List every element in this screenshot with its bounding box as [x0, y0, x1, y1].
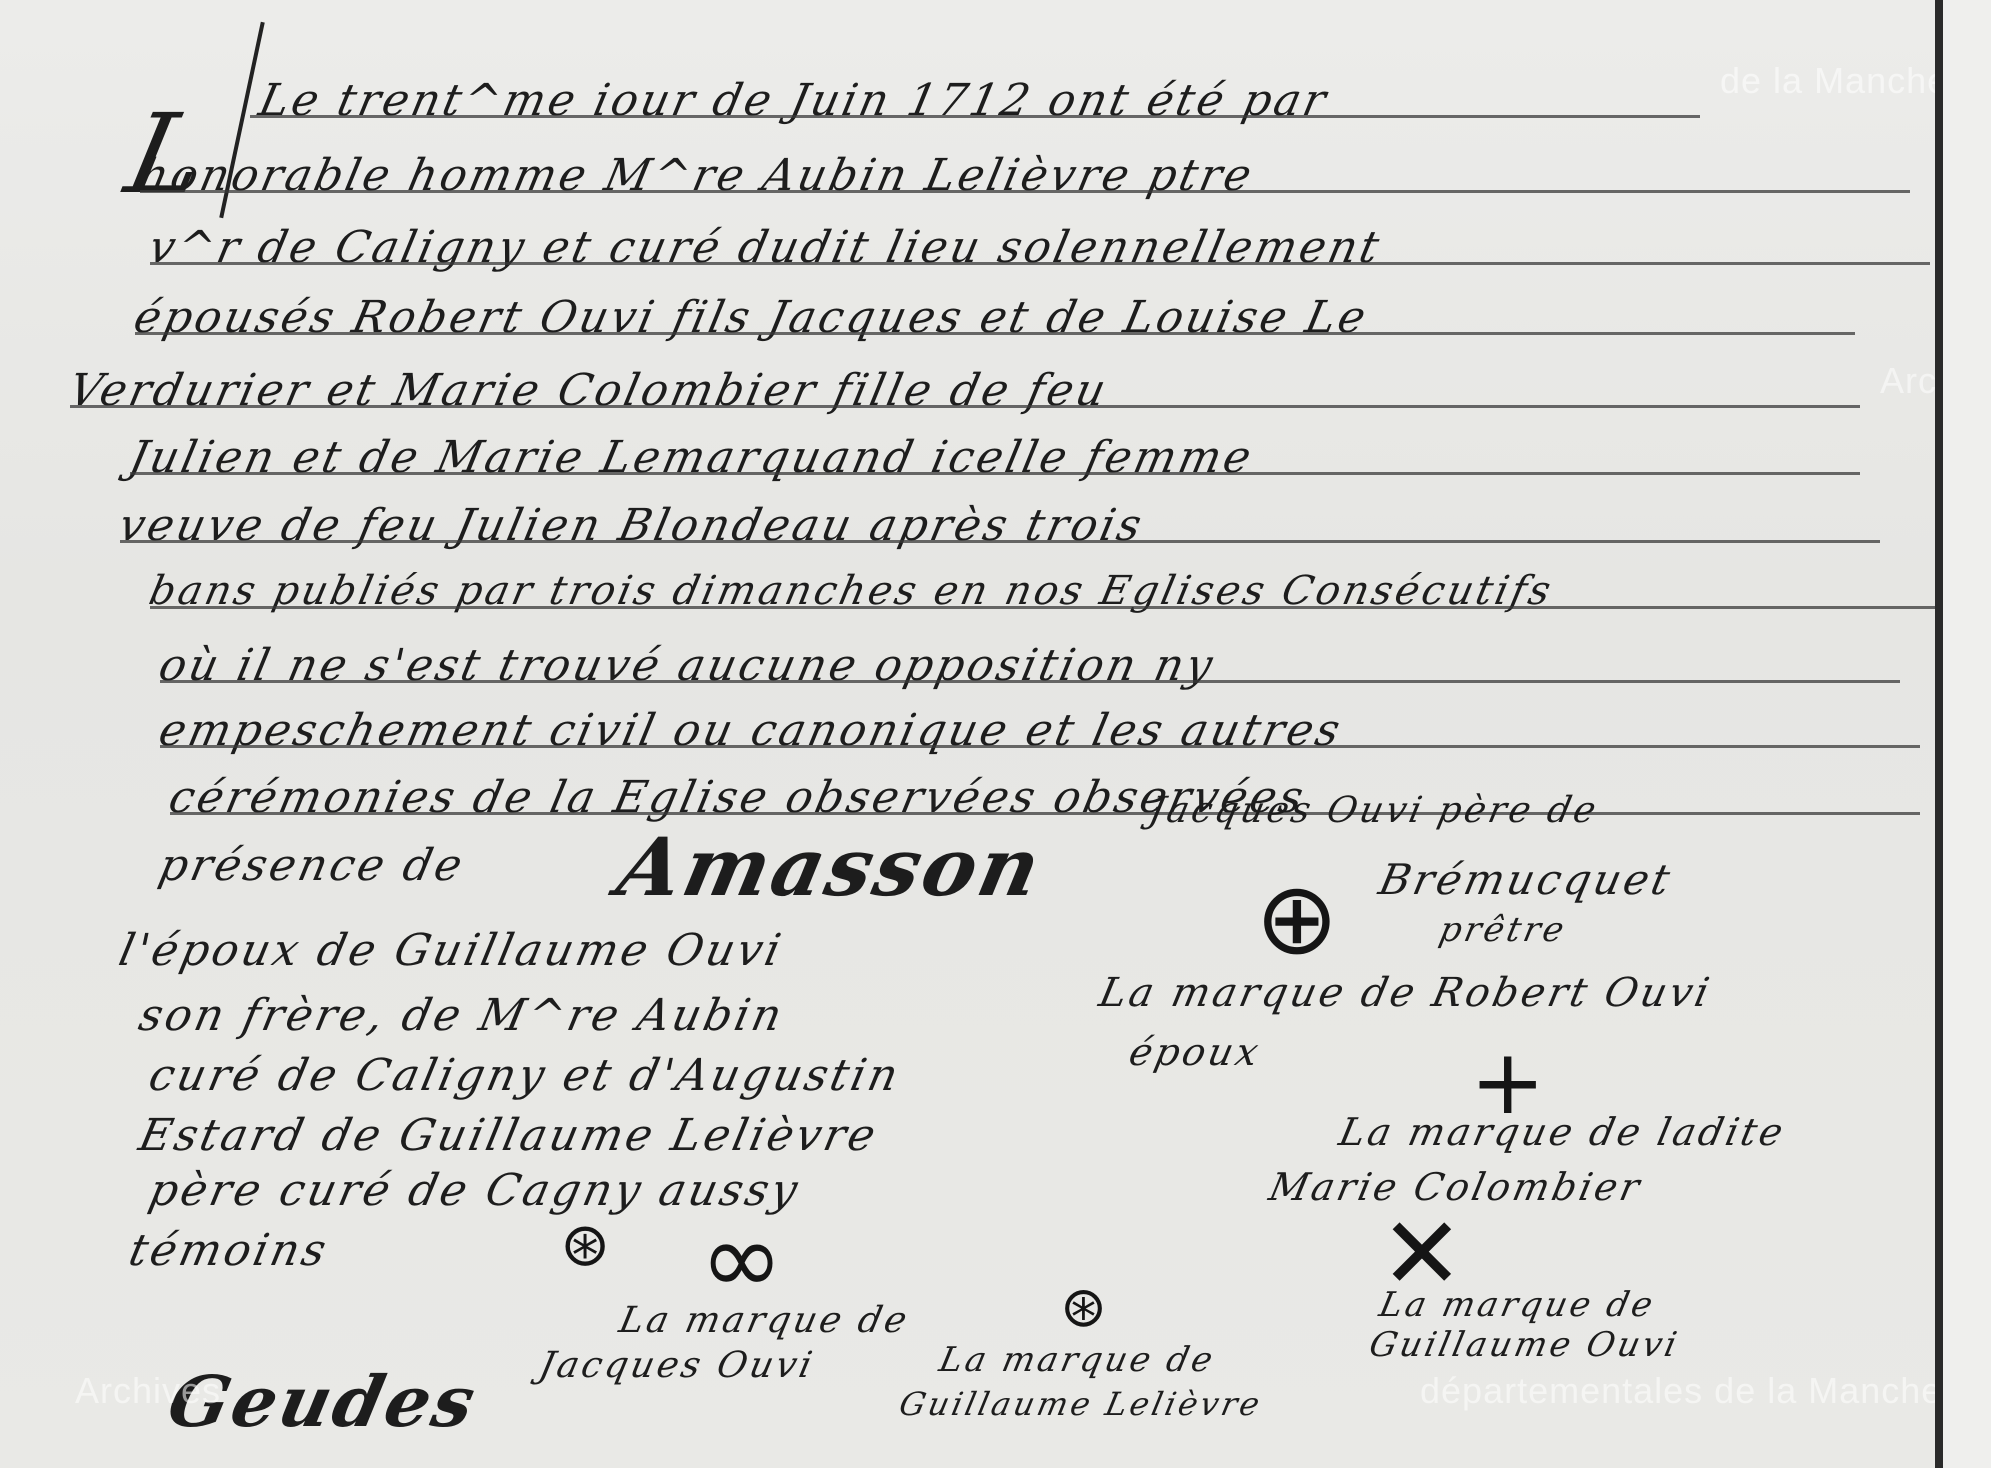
robert-mark-label: La marque de Robert Ouvi: [1095, 970, 1716, 1016]
line-rule: [170, 812, 1920, 815]
entry-line-1: Le trent^me iour de Juin 1712 ont été pa…: [255, 75, 1334, 126]
small-circle-mark-icon: ⊛: [560, 1210, 610, 1280]
watermark-top-right: de la Manche: [1720, 60, 1948, 102]
entry-line-3: v^r de Caligny et curé dudit lieu solenn…: [145, 222, 1387, 273]
witness-line-4: Estard de Guillaume Lelièvre: [135, 1110, 883, 1161]
line-rule: [250, 115, 1700, 118]
entry-line-12: présence de: [155, 840, 470, 891]
entry-line-9: où il ne s'est trouvé aucune opposition …: [155, 640, 1220, 691]
entry-line-7: veuve de feu Julien Blondeau après trois: [115, 500, 1149, 551]
witness-line-3: curé de Caligny et d'Augustin: [145, 1050, 906, 1101]
signature-bremucquet-sub: prêtre: [1436, 910, 1571, 950]
line-rule: [70, 405, 1860, 408]
witness-line-6: témoins: [125, 1225, 334, 1276]
entry-line-6: Julien et de Marie Lemarquand icelle fem…: [125, 432, 1259, 483]
entry-line-10: empeschement civil ou canonique et les a…: [155, 705, 1348, 756]
manuscript-page: L Le trent^me iour de Juin 1712 ont été …: [0, 0, 1965, 1468]
guillaume-mark-label: La marque de: [936, 1340, 1219, 1380]
line-rule: [135, 332, 1855, 335]
line-rule: [150, 606, 1940, 609]
watermark-bottom-right: départementales de la Manche: [1420, 1370, 1942, 1412]
robert-mark-sub: époux: [1125, 1030, 1265, 1074]
signature-jacques-ouvi: Jacques Ouvi père de: [1146, 790, 1603, 831]
circle-cross-mark-icon: ⊕: [1255, 860, 1339, 977]
adjacent-page-edge: [1943, 0, 1991, 1468]
page-binding-edge: [1935, 0, 1943, 1468]
witness-line-1: l'époux de Guillaume Ouvi: [115, 925, 788, 976]
line-rule: [150, 262, 1930, 265]
guillaume-ouvi-label: La marque de: [1376, 1285, 1659, 1325]
guillaume-ouvi-sub: Guillaume Ouvi: [1366, 1325, 1683, 1365]
jacques-mark-sub: Jacques Ouvi: [536, 1345, 819, 1386]
marie-mark-label: La marque de ladite: [1335, 1110, 1789, 1154]
entry-line-5: Verdurier et Marie Colombier fille de fe…: [65, 365, 1114, 416]
line-rule: [140, 190, 1910, 193]
line-rule: [160, 745, 1920, 748]
jacques-mark-label: La marque de: [616, 1300, 914, 1341]
line-rule: [160, 680, 1900, 683]
entry-line-2: honorable homme M^re Aubin Lelièvre ptre: [135, 150, 1259, 201]
guillaume-mark-sub: Guillaume Lelièvre: [896, 1385, 1266, 1423]
signature-amasson: Amasson: [610, 820, 1051, 914]
line-rule: [120, 540, 1880, 543]
witness-line-2: son frère, de M^re Aubin: [135, 990, 789, 1041]
signature-bremucquet: Brémucquet: [1375, 855, 1677, 904]
watermark-bottom-left: Archives: [75, 1370, 221, 1412]
entry-line-4: épousés Robert Ouvi fils Jacques et de L…: [130, 292, 1373, 343]
entry-line-11: cérémonies de la Eglise observées observ…: [165, 772, 1311, 823]
line-rule: [130, 472, 1860, 475]
small-circle-mark-icon-2: ⊛: [1060, 1275, 1107, 1340]
